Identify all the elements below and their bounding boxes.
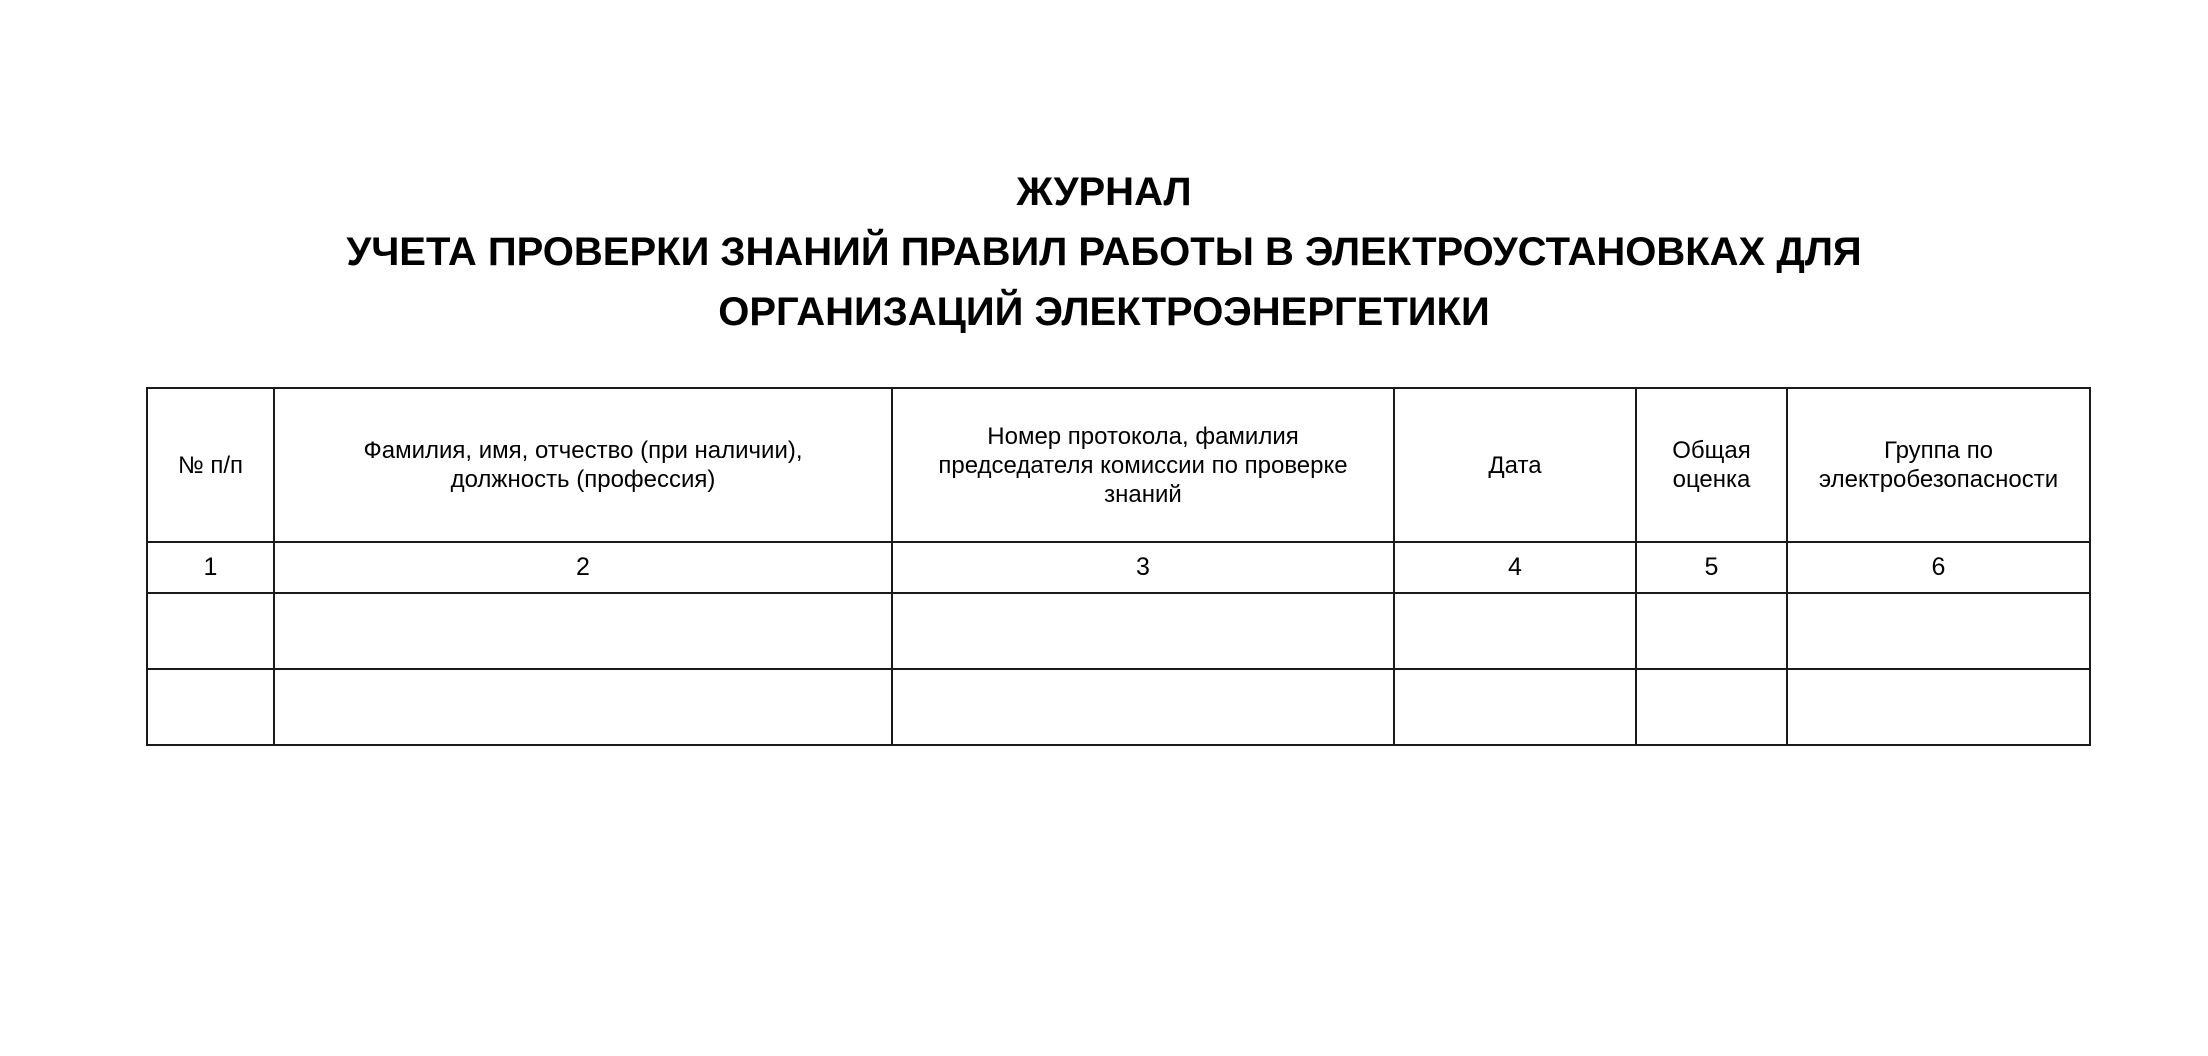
header-protocol-chairman: Номер протокола, фамилия председателя ко…	[892, 388, 1394, 542]
document-title: ЖУРНАЛ УЧЕТА ПРОВЕРКИ ЗНАНИЙ ПРАВИЛ РАБО…	[0, 162, 2208, 342]
header-number: № п/п	[147, 388, 274, 542]
header-row: № п/п Фамилия, имя, отчество (при наличи…	[147, 388, 2090, 542]
table-cell[interactable]	[1394, 669, 1636, 745]
table-row	[147, 669, 2090, 745]
header-full-name-position: Фамилия, имя, отчество (при наличии), до…	[274, 388, 892, 542]
table-cell[interactable]	[274, 669, 892, 745]
column-number-row: 1 2 3 4 5 6	[147, 542, 2090, 593]
header-overall-grade: Общая оценка	[1636, 388, 1787, 542]
table-cell[interactable]	[1394, 593, 1636, 669]
table-cell[interactable]	[892, 669, 1394, 745]
title-line-3: ОРГАНИЗАЦИЙ ЭЛЕКТРОЭНЕРГЕТИКИ	[0, 282, 2208, 342]
table-cell[interactable]	[1636, 593, 1787, 669]
header-safety-group: Группа по электробезопасности	[1787, 388, 2090, 542]
table-cell[interactable]	[1636, 669, 1787, 745]
table-cell[interactable]	[1787, 669, 2090, 745]
column-number: 1	[147, 542, 274, 593]
column-number: 5	[1636, 542, 1787, 593]
table-cell[interactable]	[1787, 593, 2090, 669]
table-cell[interactable]	[274, 593, 892, 669]
table-cell[interactable]	[147, 593, 274, 669]
table-cell[interactable]	[147, 669, 274, 745]
table-cell[interactable]	[892, 593, 1394, 669]
column-number: 6	[1787, 542, 2090, 593]
table-row	[147, 593, 2090, 669]
header-date: Дата	[1394, 388, 1636, 542]
column-number: 2	[274, 542, 892, 593]
title-line-1: ЖУРНАЛ	[0, 162, 2208, 222]
column-number: 3	[892, 542, 1394, 593]
journal-table: № п/п Фамилия, имя, отчество (при наличи…	[146, 387, 2091, 746]
column-number: 4	[1394, 542, 1636, 593]
title-line-2: УЧЕТА ПРОВЕРКИ ЗНАНИЙ ПРАВИЛ РАБОТЫ В ЭЛ…	[0, 222, 2208, 282]
